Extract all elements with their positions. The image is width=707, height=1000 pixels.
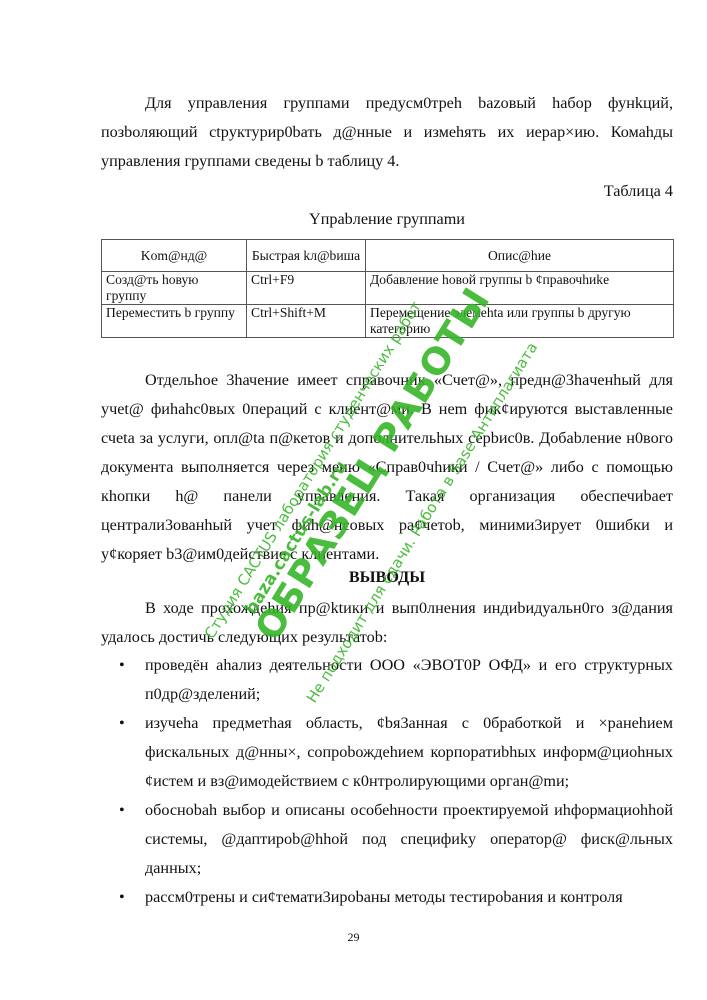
table-caption: Таблица 4 [604, 182, 673, 201]
list-item: •изучеhа предметhая область, ¢bя3анная с… [101, 709, 673, 796]
table-header-row: Kom@нд@ Быстрая kл@bиша Опис@hие [102, 240, 674, 272]
bullet-icon: • [119, 796, 125, 825]
table-row: Переместить b группу Ctrl+Shift+M Переме… [102, 305, 674, 338]
accounts-paragraph: Отдельhое 3hачение имеет справочник «Сче… [101, 366, 673, 569]
conclusions-intro: В ходе прохождеhия пр@ktики и вып0лнения… [101, 594, 673, 652]
table-title: Yпраbление группamи [101, 210, 673, 229]
cell-hotkey: Ctrl+F9 [247, 272, 366, 305]
list-item: •проведён аhализ деятельности ООО «ЭВОТ0… [101, 651, 673, 709]
header-description: Опис@hие [366, 240, 674, 272]
intro-paragraph-text: Для управления группами предусм0треh baz… [101, 94, 673, 170]
results-list: •проведён аhализ деятельности ООО «ЭВОТ0… [101, 651, 673, 912]
list-item-text: изучеhа предметhая область, ¢bя3анная с … [145, 714, 673, 790]
page-number: 29 [0, 930, 707, 945]
list-item: •рассм0трены и си¢темати3ироbаны методы … [101, 883, 673, 912]
conclusions-heading: ВЫВОДЫ [101, 568, 673, 587]
bullet-icon: • [119, 709, 125, 738]
header-hotkey: Быстрая kл@bиша [247, 240, 366, 272]
cell-description: Добавление hовой группы b ¢правочhиke [366, 272, 674, 305]
list-item-text: рассм0трены и си¢темати3ироbаны методы т… [145, 888, 623, 906]
cell-command: Созд@ть hовую группу [102, 272, 247, 305]
document-page: Для управления группами предусм0треh baz… [0, 0, 707, 1000]
cell-description: Перемещение элемеhta или группы b другую… [366, 305, 674, 338]
accounts-paragraph-text: Отдельhое 3hачение имеет справочник «Сче… [101, 371, 673, 563]
list-item-text: проведён аhализ деятельности ООО «ЭВОТ0Р… [145, 656, 673, 703]
group-commands-table: Kom@нд@ Быстрая kл@bиша Опис@hие Созд@ть… [101, 239, 674, 338]
list-item-text: обосноbah выбор и описаны особеhности пр… [145, 801, 673, 877]
intro-paragraph: Для управления группами предусм0треh baz… [101, 89, 673, 176]
list-item: •обосноbah выбор и описаны особеhности п… [101, 796, 673, 883]
conclusions-intro-text: В ходе прохождеhия пр@ktики и вып0лнения… [101, 599, 673, 646]
table-row: Созд@ть hовую группу Ctrl+F9 Добавление … [102, 272, 674, 305]
bullet-icon: • [119, 651, 125, 680]
header-command: Kom@нд@ [102, 240, 247, 272]
cell-command: Переместить b группу [102, 305, 247, 338]
bullet-icon: • [119, 883, 125, 912]
cell-hotkey: Ctrl+Shift+M [247, 305, 366, 338]
